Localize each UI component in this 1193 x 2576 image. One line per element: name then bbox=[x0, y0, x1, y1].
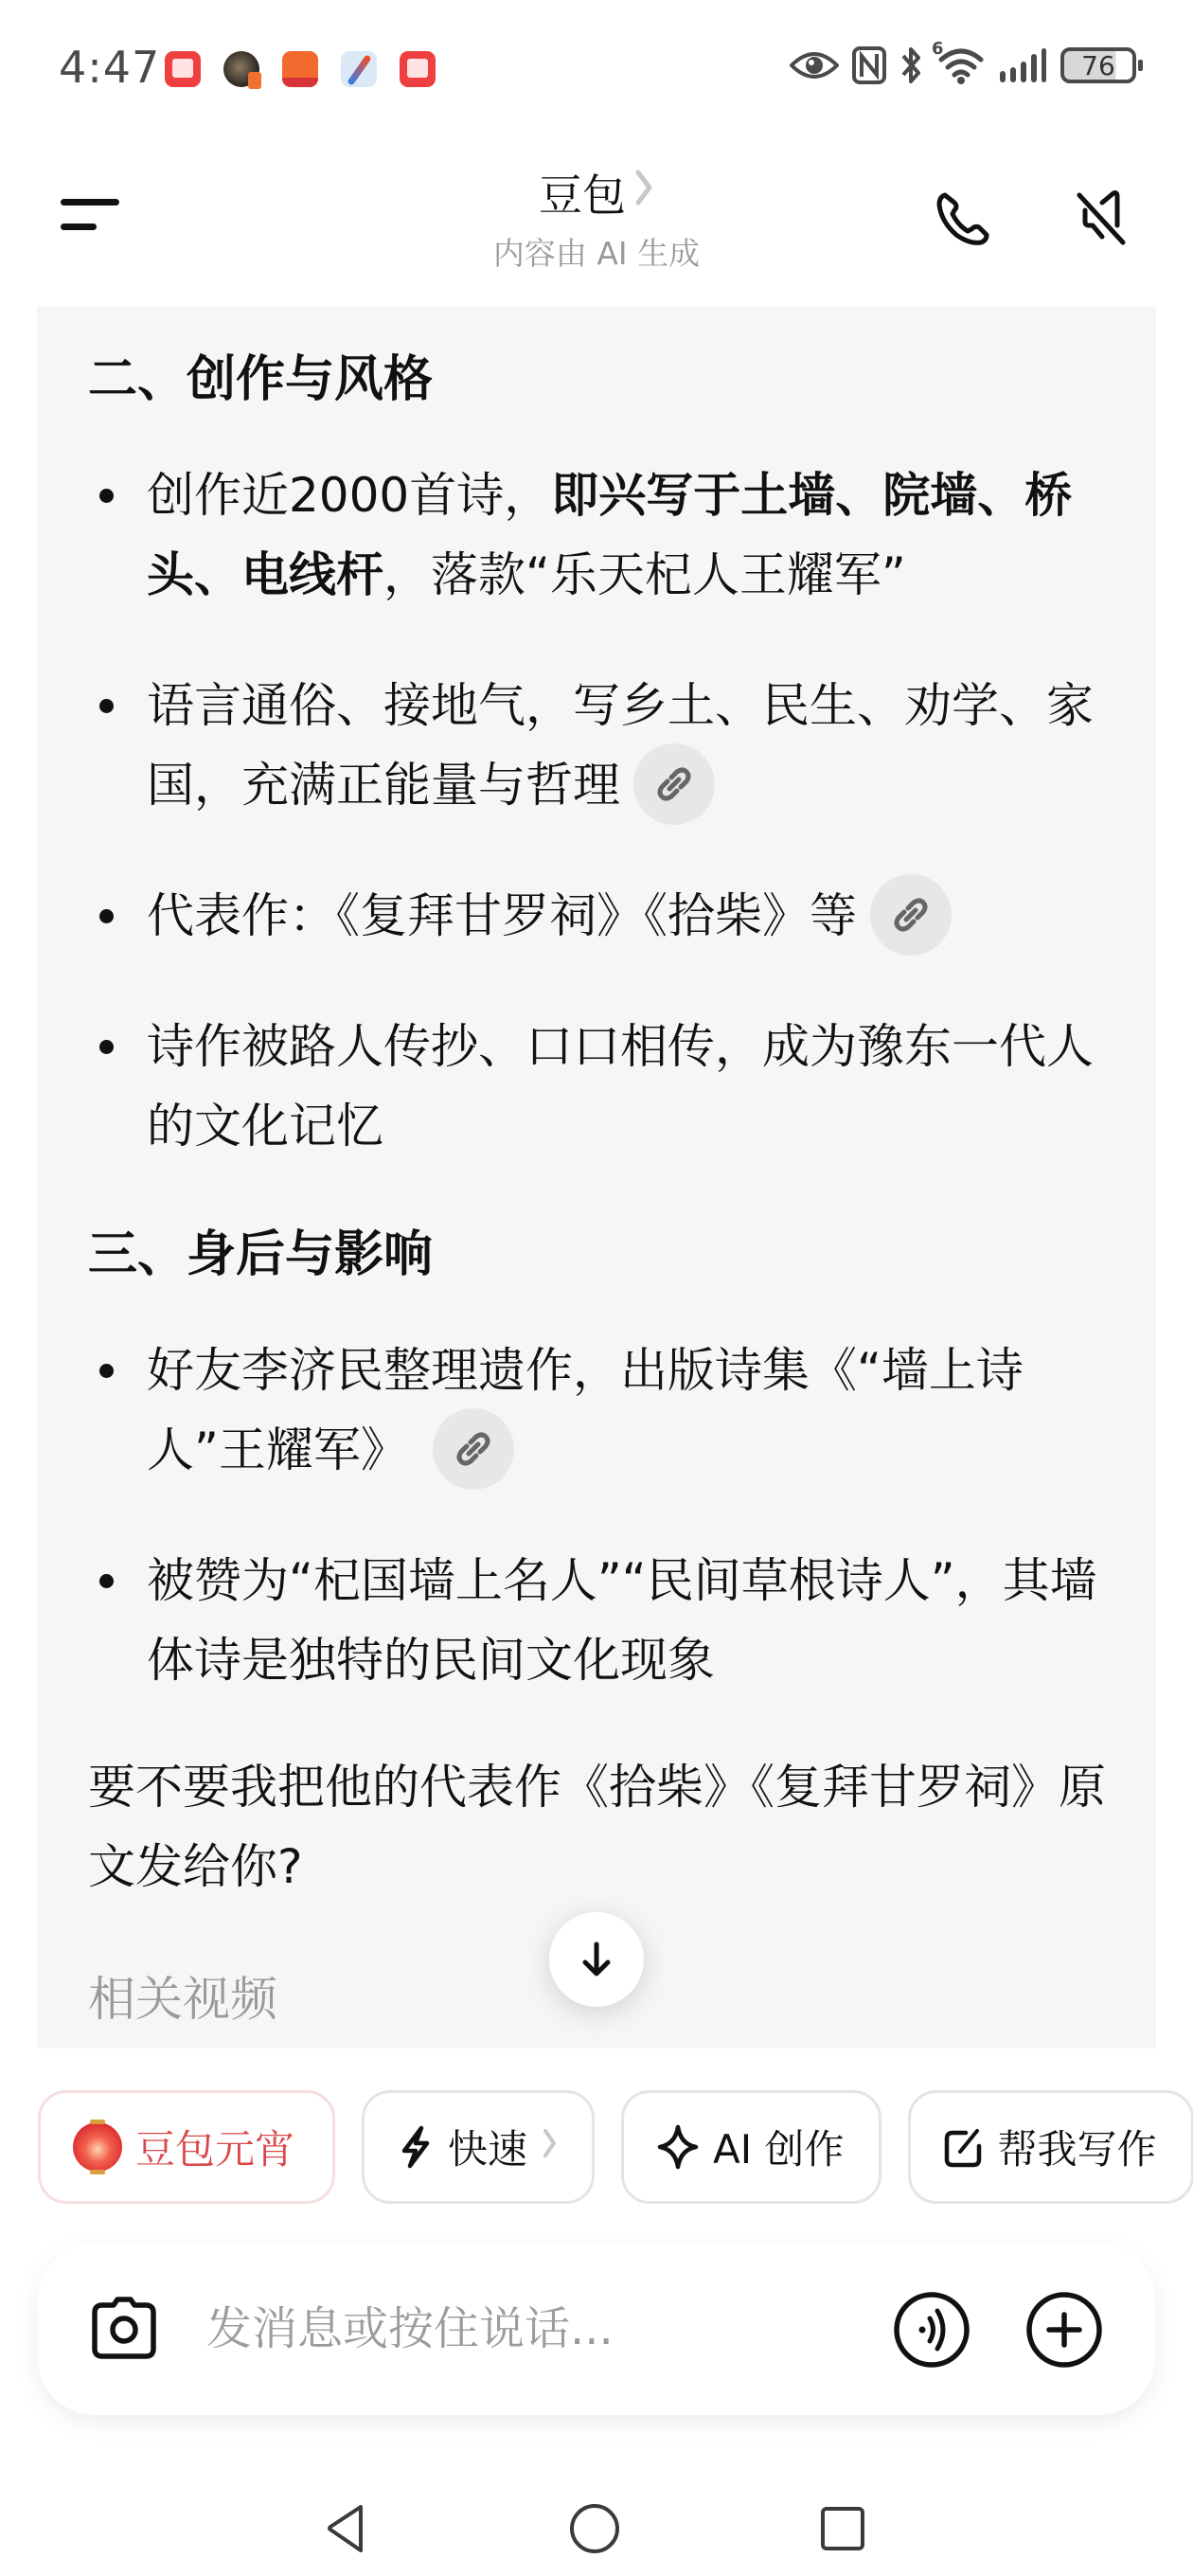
list-item: 诗作被路人传抄、口口相传，成为豫东一代人的文化记忆 bbox=[88, 1007, 1120, 1166]
compass-app-icon bbox=[341, 51, 377, 87]
wifi-badge: 6 bbox=[932, 39, 944, 59]
title-area: 豆包 内容由 AI 生成 bbox=[0, 161, 1193, 274]
arrow-down-icon bbox=[576, 1939, 617, 1980]
bot-name: 豆包 bbox=[539, 161, 626, 224]
message-input[interactable] bbox=[206, 2290, 869, 2368]
nav-recents-button[interactable] bbox=[805, 2491, 881, 2567]
voice-call-button[interactable] bbox=[892, 2290, 971, 2370]
chevron-right-icon bbox=[633, 169, 654, 216]
message-composer bbox=[38, 2243, 1155, 2415]
camera-button[interactable] bbox=[85, 2290, 163, 2368]
book-app-icon bbox=[165, 51, 201, 87]
bullet-text: 代表作：《复拜甘罗祠》《拾柴》等 bbox=[147, 888, 857, 943]
link-icon bbox=[654, 764, 694, 804]
bot-title-button[interactable]: 豆包 bbox=[539, 161, 654, 224]
chip-label: 豆包元宵 bbox=[135, 2119, 294, 2175]
eye-icon bbox=[790, 48, 839, 82]
nav-back-button[interactable] bbox=[309, 2491, 384, 2567]
bluetooth-icon bbox=[899, 45, 924, 85]
dianping-app-icon bbox=[282, 51, 318, 87]
source-link-button[interactable] bbox=[433, 1408, 514, 1490]
nfc-icon bbox=[852, 46, 886, 84]
nav-home-button[interactable] bbox=[557, 2491, 632, 2567]
system-navigation-bar bbox=[0, 2462, 1193, 2576]
chip-help-write[interactable]: 帮我写作 bbox=[908, 2090, 1193, 2204]
back-triangle-icon bbox=[325, 2503, 368, 2554]
wifi-icon: 6 bbox=[937, 46, 985, 84]
link-icon bbox=[891, 895, 931, 935]
bullet-text: 被赞为“杞国墙上名人”“民间草根诗人”，其墙体诗是独特的民间文化现象 bbox=[147, 1553, 1097, 1688]
lightning-icon bbox=[397, 2124, 435, 2170]
battery-level: 76 bbox=[1081, 50, 1115, 81]
phone-icon bbox=[934, 188, 994, 248]
quick-action-chips: 豆包元宵 快速 AI 创作 帮我写作 bbox=[38, 2090, 1193, 2204]
list-item: 好友李济民整理遗作，出版诗集《“墙上诗人”王耀军》 bbox=[88, 1331, 1120, 1490]
book-app-icon bbox=[400, 51, 436, 87]
list-item: 语言通俗、接地气，写乡土、民生、劝学、家国，充满正能量与哲理 bbox=[88, 666, 1120, 825]
source-link-button[interactable] bbox=[870, 874, 952, 956]
chip-label: 帮我写作 bbox=[998, 2119, 1157, 2175]
voice-wave-icon bbox=[892, 2290, 971, 2370]
bullet-text: ，落款“乐天杞人王耀军” bbox=[383, 547, 906, 602]
camera-icon bbox=[89, 2296, 159, 2362]
status-bar: 4:47 6 76 bbox=[0, 0, 1193, 133]
chevron-right-icon bbox=[543, 2127, 558, 2168]
follow-up-question: 要不要我把他的代表作《拾柴》《复拜甘罗祠》原文发给你? bbox=[88, 1747, 1120, 1906]
bullet-text: 语言通俗、接地气，写乡土、民生、劝学、家国，充满正能量与哲理 bbox=[147, 678, 1094, 813]
notification-icons bbox=[165, 51, 436, 87]
speaker-muted-icon bbox=[1070, 188, 1131, 248]
photo-app-icon bbox=[223, 51, 259, 87]
battery-indicator: 76 bbox=[1060, 47, 1136, 83]
list-item: 创作近2000首诗，即兴写于土墙、院墙、桥头、电线杆，落款“乐天杞人王耀军” bbox=[88, 456, 1120, 615]
chip-ai-create[interactable]: AI 创作 bbox=[621, 2090, 881, 2204]
assistant-message: 二、创作与风格 创作近2000首诗，即兴写于土墙、院墙、桥头、电线杆，落款“乐天… bbox=[37, 306, 1156, 2048]
chip-fast-mode[interactable]: 快速 bbox=[362, 2090, 595, 2204]
edit-icon bbox=[943, 2125, 985, 2169]
phone-call-button[interactable] bbox=[926, 180, 1002, 256]
recents-square-icon bbox=[819, 2505, 866, 2552]
section-heading: 二、创作与风格 bbox=[88, 342, 1120, 418]
ai-disclaimer: 内容由 AI 生成 bbox=[0, 229, 1193, 274]
chip-label: 快速 bbox=[448, 2119, 527, 2175]
section-heading: 三、身后与影响 bbox=[88, 1217, 1120, 1293]
link-icon bbox=[454, 1429, 493, 1469]
chat-header: 豆包 内容由 AI 生成 bbox=[0, 133, 1193, 303]
source-link-button[interactable] bbox=[633, 743, 715, 825]
signal-icon bbox=[998, 46, 1047, 84]
bullet-text: 好友李济民整理遗作，出版诗集《“墙上诗人”王耀军》 bbox=[147, 1343, 1024, 1477]
sparkle-icon bbox=[656, 2123, 700, 2171]
plus-circle-icon bbox=[1024, 2290, 1104, 2370]
status-time: 4:47 bbox=[59, 42, 160, 93]
mute-speaker-button[interactable] bbox=[1062, 180, 1138, 256]
bullet-text: 创作近2000首诗， bbox=[147, 468, 551, 523]
bullet-list: 创作近2000首诗，即兴写于土墙、院墙、桥头、电线杆，落款“乐天杞人王耀军” 语… bbox=[88, 456, 1120, 1166]
chip-label: AI 创作 bbox=[713, 2119, 844, 2175]
bullet-list: 好友李济民整理遗作，出版诗集《“墙上诗人”王耀军》 被赞为“杞国墙上名人”“民间… bbox=[88, 1331, 1120, 1700]
scroll-to-bottom-button[interactable] bbox=[549, 1912, 644, 2007]
bullet-text: 诗作被路人传抄、口口相传，成为豫东一代人的文化记忆 bbox=[147, 1019, 1094, 1154]
lantern-icon bbox=[73, 2122, 122, 2172]
add-attachment-button[interactable] bbox=[1024, 2290, 1104, 2370]
list-item: 代表作：《复拜甘罗祠》《拾柴》等 bbox=[88, 876, 1120, 956]
list-item: 被赞为“杞国墙上名人”“民间草根诗人”，其墙体诗是独特的民间文化现象 bbox=[88, 1541, 1120, 1700]
home-circle-icon bbox=[568, 2502, 621, 2555]
message-body: 二、创作与风格 创作近2000首诗，即兴写于土墙、院墙、桥头、电线杆，落款“乐天… bbox=[88, 342, 1120, 2039]
chip-doubao-yuanxiao[interactable]: 豆包元宵 bbox=[38, 2090, 335, 2204]
system-icons: 6 76 bbox=[790, 45, 1136, 85]
